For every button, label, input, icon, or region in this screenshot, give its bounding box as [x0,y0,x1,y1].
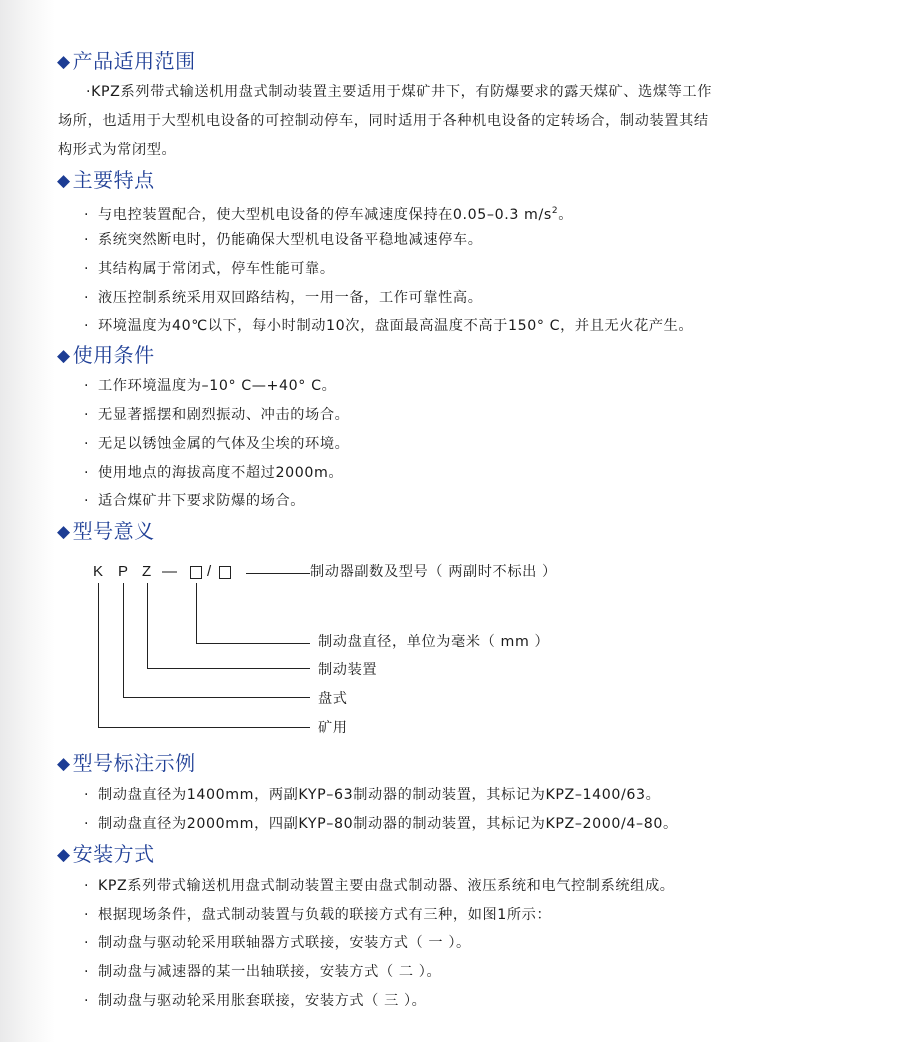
bullet-dot-icon: · [84,876,98,896]
installation-item-3: ·制动盘与驱动轮采用联轴器方式联接，安装方式（ 一 ）。 [84,933,471,953]
condition-item-5: ·适合煤矿井下要求防爆的场合。 [84,491,305,511]
condition-item-text: 使用地点的海拔高度不超过2000m。 [98,465,343,481]
section-title-installation: ◆安装方式 [57,842,155,867]
bullet-dot-icon: · [84,405,98,425]
section-title-features: ◆主要特点 [57,168,155,193]
installation-item-text: KPZ系列带式输送机用盘式制动装置主要由盘式制动器、液压系统和电气控制系统组成。 [98,878,675,894]
diamond-bullet-icon: ◆ [57,344,71,368]
condition-item-text: 无显著摇摆和剧烈振动、冲击的场合。 [98,407,349,423]
feature-item-3: ·其结构属于常闭式，停车性能可靠。 [84,259,335,279]
bullet-dot-icon: · [84,205,98,225]
example-item-1: ·制动盘直径为1400mm，两副KYP–63制动器的制动装置，其标记为KPZ–1… [84,785,660,805]
code-letter-p: P [118,562,128,582]
section-title-text: 型号意义 [73,519,155,543]
leader-line-z-vertical [147,583,148,669]
placeholder-box-diameter-icon [190,566,202,579]
placeholder-box-count-icon [219,566,231,579]
leader-line-k-vertical [98,583,99,728]
period: 。 [558,207,573,223]
bullet-dot-icon: · [84,230,98,250]
leader-line-diameter [196,643,310,644]
bullet-dot-icon: · [84,316,98,336]
example-item-2: ·制动盘直径为2000mm，四副KYP–80制动器的制动装置，其标记为KPZ–2… [84,814,678,834]
bullet-dot-icon: · [84,491,98,511]
example-item-text: 制动盘直径为1400mm，两副KYP–63制动器的制动装置，其标记为KPZ–14… [98,787,660,803]
code-letter-z: Z [142,562,151,582]
installation-item-text: 制动盘与减速器的某一出轴联接，安装方式（ 二 ）。 [98,964,441,980]
code-letter-k: K [93,562,103,582]
code-dash: — [162,562,177,582]
installation-item-text: 制动盘与驱动轮采用胀套联接，安装方式（ 三 ）。 [98,993,426,1009]
scope-line-2: 场所，也适用于大型机电设备的可控制动停车，同时适用于各种机电设备的定转场合，制动… [58,111,709,131]
diamond-bullet-icon: ◆ [57,843,71,867]
installation-item-4: ·制动盘与减速器的某一出轴联接，安装方式（ 二 ）。 [84,962,441,982]
section-title-scope: ◆产品适用范围 [57,49,196,74]
condition-item-1: ·工作环境温度为–10° C—+40° C。 [84,376,336,396]
installation-item-5: ·制动盘与驱动轮采用胀套联接，安装方式（ 三 ）。 [84,991,426,1011]
bullet-dot-icon: · [84,905,98,925]
bullet-dot-icon: · [84,288,98,308]
section-title-examples: ◆型号标注示例 [57,751,196,776]
feature-item-text: 液压控制系统采用双回路结构，一用一备，工作可靠性高。 [98,290,482,306]
condition-item-4: ·使用地点的海拔高度不超过2000m。 [84,463,343,483]
bullet-dot-icon: · [84,814,98,834]
scope-line-1: ·KPZ系列带式输送机用盘式制动装置主要适用于煤矿井下，有防爆要求的露天煤矿、选… [86,82,712,102]
feature-item-text: 系统突然断电时，仍能确保大型机电设备平稳地减速停车。 [98,232,482,248]
diamond-bullet-icon: ◆ [57,752,71,776]
bullet-dot-icon: · [84,376,98,396]
bullet-dot-icon: · [84,933,98,953]
feature-item-1: ·与电控装置配合，使大型机电设备的停车减速度保持在0.05–0.3 m/s2。 [84,201,573,225]
section-title-text: 安装方式 [73,842,155,866]
leader-line-mining [98,727,310,728]
section-title-model-meaning: ◆型号意义 [57,519,155,544]
leader-line-diameter-vertical [196,583,197,644]
label-mining: 矿用 [318,718,348,738]
installation-item-2: ·根据现场条件，盘式制动装置与负载的联接方式有三种，如图1所示： [84,905,551,925]
leader-line-disc-type [123,697,310,698]
condition-item-text: 无足以锈蚀金属的气体及尘埃的环境。 [98,436,349,452]
leader-line-p-vertical [123,583,124,698]
leader-line-brake-device [147,668,310,669]
code-slash: / [207,562,211,582]
bullet-dot-icon: · [84,991,98,1011]
label-brake-count: 制动器副数及型号（ 两副时不标出 ） [310,562,557,582]
section-title-text: 主要特点 [73,168,155,192]
scope-line-3: 构形式为常闭型。 [58,140,176,160]
feature-item-5: ·环境温度为40℃以下，每小时制动10次，盘面最高温度不高于150° C，并且无… [84,316,693,336]
bullet-dot-icon: · [84,434,98,454]
section-title-text: 使用条件 [73,343,155,367]
label-disc-type: 盘式 [318,689,348,709]
condition-item-text: 工作环境温度为–10° C—+40° C。 [98,378,336,394]
section-title-text: 产品适用范围 [73,49,196,73]
bullet-dot-icon: · [84,463,98,483]
installation-item-1: ·KPZ系列带式输送机用盘式制动装置主要由盘式制动器、液压系统和电气控制系统组成… [84,876,675,896]
bullet-dot-icon: · [84,785,98,805]
feature-item-text: 其结构属于常闭式，停车性能可靠。 [98,261,335,277]
diamond-bullet-icon: ◆ [57,520,71,544]
bullet-dot-icon: · [84,962,98,982]
example-item-text: 制动盘直径为2000mm，四副KYP–80制动器的制动装置，其标记为KPZ–20… [98,816,678,832]
feature-item-text: 环境温度为40℃以下，每小时制动10次，盘面最高温度不高于150° C，并且无火… [98,318,693,334]
diamond-bullet-icon: ◆ [57,50,71,74]
condition-item-text: 适合煤矿井下要求防爆的场合。 [98,493,305,509]
feature-item-text: 与电控装置配合，使大型机电设备的停车减速度保持在0.05–0.3 m/s [98,207,552,223]
diamond-bullet-icon: ◆ [57,169,71,193]
feature-item-4: ·液压控制系统采用双回路结构，一用一备，工作可靠性高。 [84,288,482,308]
condition-item-2: ·无显著摇摆和剧烈振动、冲击的场合。 [84,405,349,425]
bullet-dot-icon: · [84,259,98,279]
label-disc-diameter: 制动盘直径，单位为毫米（ mm ） [318,632,549,652]
leader-line-brake-count [246,573,310,574]
condition-item-3: ·无足以锈蚀金属的气体及尘埃的环境。 [84,434,349,454]
section-title-conditions: ◆使用条件 [57,343,155,368]
installation-item-text: 根据现场条件，盘式制动装置与负载的联接方式有三种，如图1所示： [98,907,551,923]
installation-item-text: 制动盘与驱动轮采用联轴器方式联接，安装方式（ 一 ）。 [98,935,471,951]
feature-item-2: ·系统突然断电时，仍能确保大型机电设备平稳地减速停车。 [84,230,482,250]
section-title-text: 型号标注示例 [73,751,196,775]
label-brake-device: 制动装置 [318,660,377,680]
